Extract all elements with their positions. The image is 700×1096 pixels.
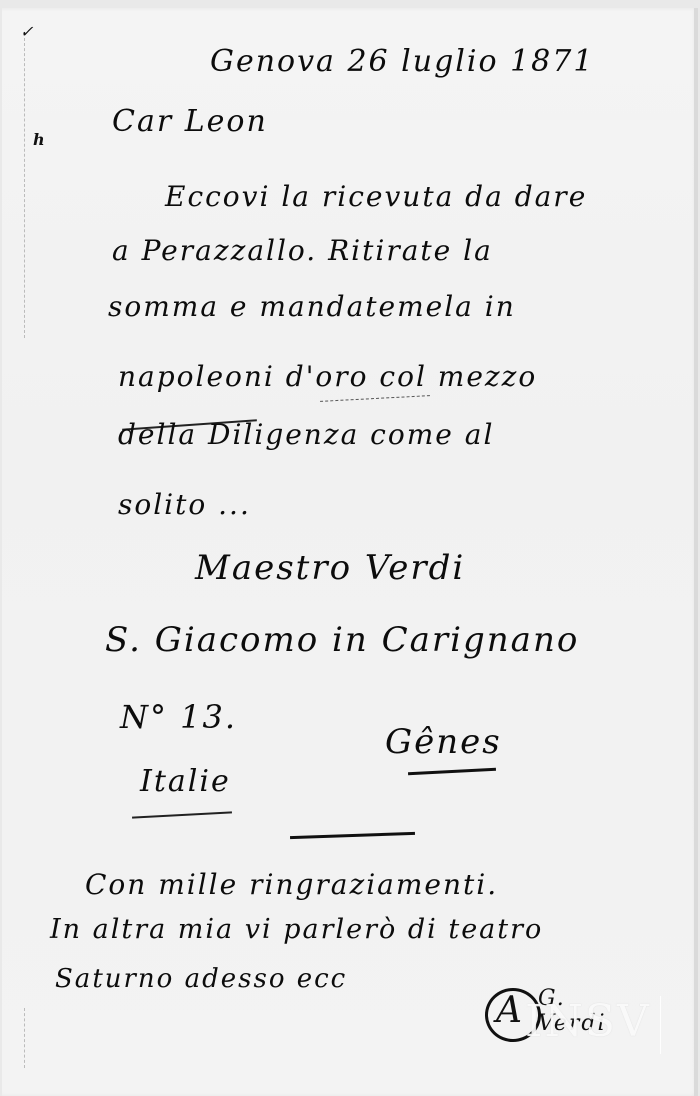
margin-fold-line: [24, 38, 25, 338]
body-line: napoleoni d'oro col mezzo: [118, 360, 537, 393]
monogram-letter: A: [496, 990, 522, 1031]
salutation: Car Leon: [112, 104, 268, 139]
place-date-line: Genova 26 luglio 1871: [210, 44, 594, 79]
body-line: solito ...: [118, 488, 251, 521]
margin-check-mark: ✓: [20, 22, 33, 41]
page-edge: [694, 8, 698, 1096]
address-street: S. Giacomo in Carignano: [105, 620, 579, 660]
archive-watermark: INSV: [525, 996, 661, 1054]
address-name: Maestro Verdi: [195, 548, 465, 588]
closing-line: Saturno adesso ecc: [55, 964, 347, 994]
margin-fold-line-lower: [24, 1008, 25, 1068]
watermark-text: INSV: [525, 996, 651, 1047]
address-country: Italie: [140, 764, 231, 799]
body-line: somma e mandatemela in: [108, 290, 516, 323]
margin-letter-mark: h: [33, 130, 45, 149]
body-line: a Perazzallo. Ritirate la: [112, 234, 493, 267]
address-city: Gênes: [385, 722, 502, 762]
closing-line: Con mille ringraziamenti.: [85, 868, 498, 901]
closing-line: In altra mia vi parlerò di teatro: [50, 914, 543, 945]
body-line: Eccovi la ricevuta da dare: [165, 180, 587, 213]
address-number: N° 13.: [120, 698, 237, 736]
body-line: della Diligenza come al: [118, 418, 494, 451]
